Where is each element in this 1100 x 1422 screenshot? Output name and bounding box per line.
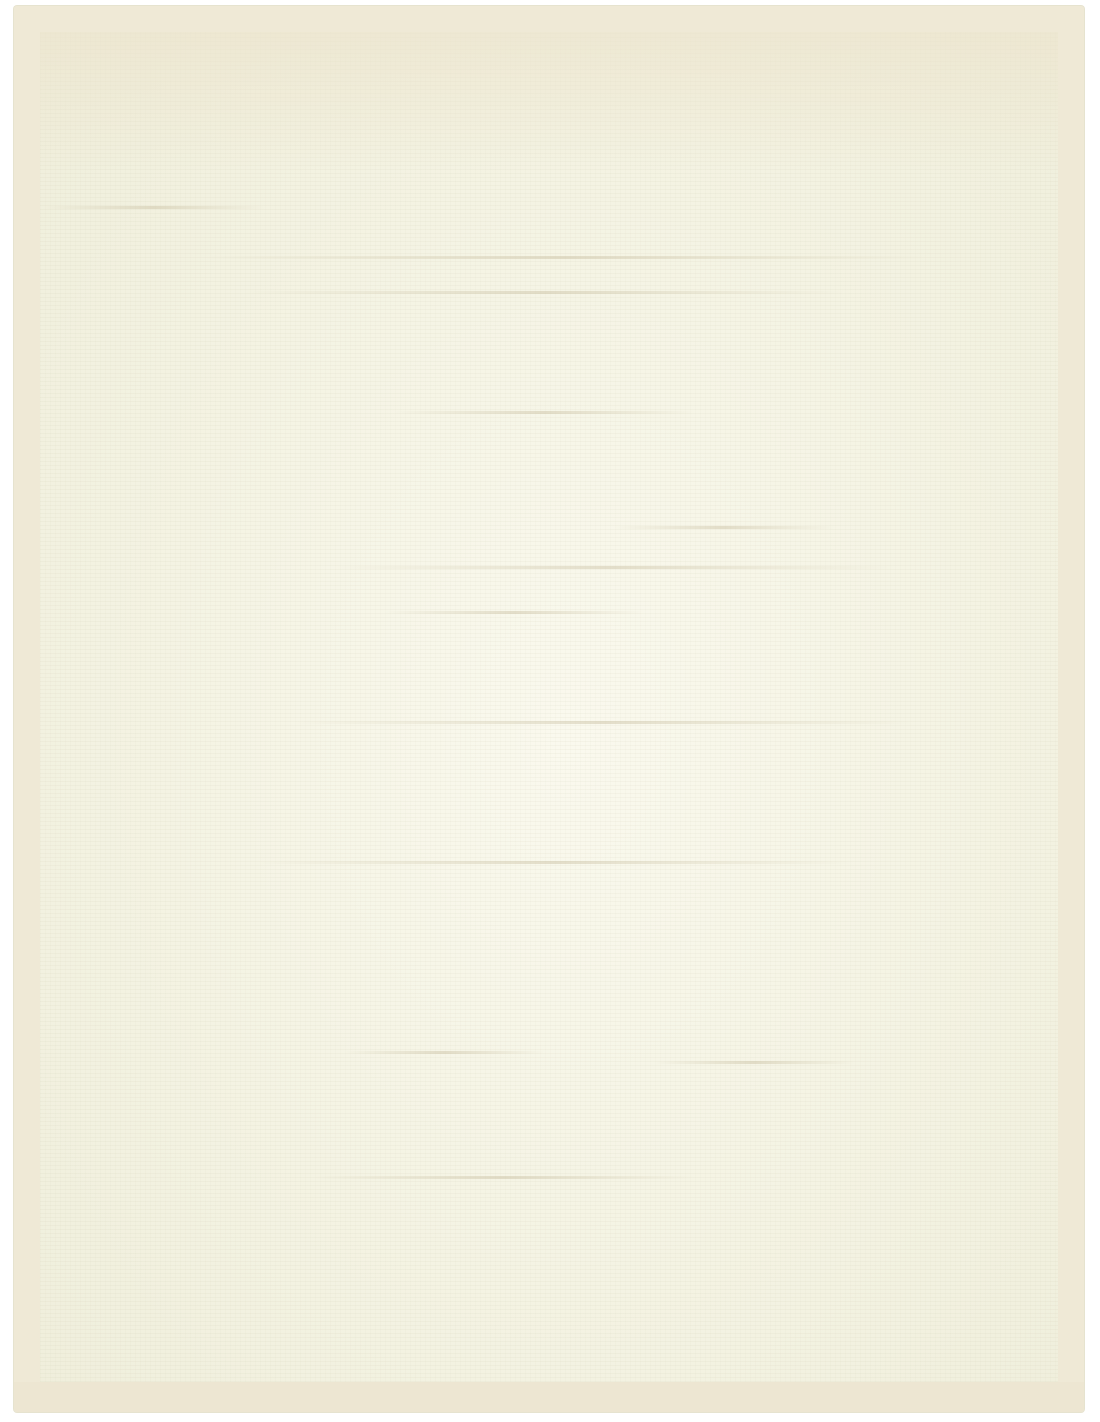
- rug: [14, 6, 1084, 1412]
- rug-texture: [40, 32, 1058, 1386]
- texture-streak: [654, 1061, 854, 1064]
- texture-streak: [204, 256, 924, 259]
- texture-streak: [294, 721, 914, 724]
- texture-streak: [614, 526, 834, 529]
- rug-field: [40, 32, 1058, 1386]
- texture-streak: [244, 291, 844, 294]
- texture-streak: [254, 861, 854, 864]
- rug-bottom-edge: [14, 1382, 1084, 1412]
- texture-streak: [314, 1176, 694, 1179]
- texture-streak: [44, 206, 264, 209]
- texture-streak: [394, 411, 694, 414]
- texture-streak: [384, 611, 644, 614]
- texture-streak: [334, 566, 894, 569]
- rug-top-band: [40, 32, 1058, 172]
- texture-streak: [344, 1051, 544, 1054]
